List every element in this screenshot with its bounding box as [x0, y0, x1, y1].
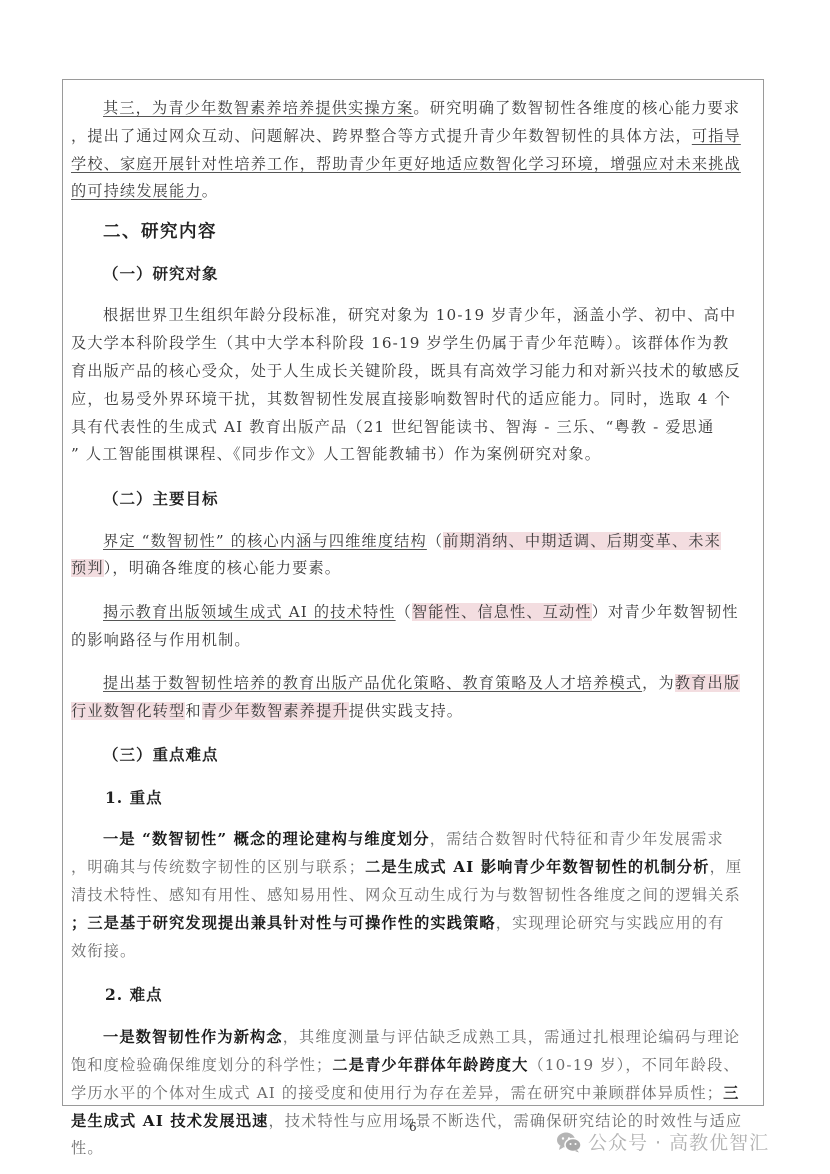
highlighted-text: 教育出版 [675, 674, 740, 692]
paragraph-qisan-line1: 其三，为青少年数智素养培养提供实操方案。研究明确了数智韧性各维度的核心能力要求 [103, 98, 740, 118]
watermark: 公众号 · 高教优智汇 [556, 1128, 769, 1155]
text: ，需结合数智时代特征和青少年发展需求 [430, 830, 724, 848]
key-line5: 效衔接。 [71, 941, 136, 961]
highlighted-text: 行业数智化转型 [71, 702, 185, 720]
paragraph-qisan-line2: ，提出了通过网众互动、问题解决、跨界整合等方式提升青少年数智韧性的具体方法，可指… [71, 126, 741, 146]
text: 效衔接。 [71, 942, 136, 960]
goal1-line1: 界定 “数智韧性” 的核心内涵与四维维度结构（前期消纳、中期适调、后期变革、未来 [103, 531, 721, 551]
diff-line2: 饱和度检验确保维度划分的科学性；二是青少年群体年龄跨度大（10-19 岁），不同… [71, 1055, 740, 1075]
paragraph-object-line6: ” 人工智能围棋课程、《同步作文》人工智能教辅书）作为案例研究对象。 [71, 444, 601, 464]
subsection-title-object: （一）研究对象 [103, 262, 219, 284]
highlighted-text: 预判 [71, 559, 104, 577]
text: ）对青少年数智韧性 [592, 603, 739, 621]
paragraph-object-line5: 具有代表性的生成式 AI 教育出版产品（21 世纪智能读书、智海 - 三乐、“粤… [71, 417, 714, 437]
paragraph-object-line4: 应，也易受外界环境干扰，其数智韧性发展直接影响数智时代的适应能力。同时，选取 4… [71, 389, 731, 409]
text: ，实现理论研究与实践应用的有 [496, 914, 725, 932]
wechat-icon [556, 1131, 582, 1153]
goal2-line2: 的影响路径与作用机制。 [71, 630, 251, 650]
text: ），明确各维度的核心能力要素。 [104, 559, 341, 577]
document-frame: 其三，为青少年数智素养培养提供实操方案。研究明确了数智韧性各维度的核心能力要求 … [62, 79, 764, 1106]
text: ，其维度测量与评估缺乏成熟工具，需通过扎根理论编码与理论 [283, 1028, 740, 1046]
text: （ [427, 532, 443, 550]
key-line3: 清技术特性、感知有用性、感知易用性、网众互动生成行为与数智韧性各维度之间的逻辑关… [71, 885, 741, 905]
bold-text: 一是数智韧性作为新构念 [103, 1028, 283, 1046]
text: 学历水平的个体对生成式 AI 的接受度和使用行为存在差异，需在研究中兼顾群体异质… [71, 1084, 723, 1102]
underlined-text: 提出基于数智韧性培养的教育出版产品优化策略、教育策略及人才培养模式 [103, 674, 642, 692]
underlined-text: 界定 “数智韧性” 的核心内涵与四维维度结构 [103, 532, 427, 550]
key-line1: 一是 “数智韧性” 概念的理论建构与维度划分，需结合数智时代特征和青少年发展需求 [103, 829, 724, 849]
highlighted-text: 前期消纳、中期适调、后期变革、未来 [443, 532, 721, 550]
bold-text: 二是生成式 AI 影响青少年数智韧性的机制分析 [365, 858, 709, 876]
highlighted-text: 智能性、信息性、互动性 [412, 603, 592, 621]
goal2-line1: 揭示教育出版领域生成式 AI 的技术特性（智能性、信息性、互动性）对青少年数智韧… [103, 602, 739, 622]
paragraph-object-line1: 根据世界卫生组织年龄分段标准，研究对象为 10-19 岁青少年，涵盖小学、初中、… [103, 305, 736, 325]
text: 提供实践支持。 [349, 702, 463, 720]
text: 性。 [71, 1139, 104, 1157]
text: ，提出了通过网众互动、问题解决、跨界整合等方式提升青少年数智韧性的具体方法， [71, 127, 692, 145]
text: 。 [202, 182, 218, 200]
subsection-title-key-difficult: （三）重点难点 [103, 743, 219, 765]
difficulties-title: 2. 难点 [105, 983, 163, 1005]
text: 和 [185, 702, 201, 720]
paragraph-qisan-line4: 的可持续发展能力。 [71, 181, 218, 201]
text: 饱和度检验确保维度划分的科学性； [71, 1056, 332, 1074]
diff-line5: 性。 [71, 1138, 104, 1158]
underlined-text: 可指导 [692, 127, 741, 145]
goal3-line2: 行业数智化转型和青少年数智素养提升提供实践支持。 [71, 701, 463, 721]
subsection-title-goals: （二）主要目标 [103, 487, 219, 509]
paragraph-qisan-line3: 学校、家庭开展针对性培养工作，帮助青少年更好地适应数智化学习环境，增强应对未来挑… [71, 154, 741, 174]
text: （10-19 岁），不同年龄段、 [528, 1056, 739, 1074]
key-points-title: 1. 重点 [105, 786, 163, 808]
text: （ [396, 603, 412, 621]
text: ，明确其与传统数字韧性的区别与联系； [71, 858, 365, 876]
paragraph-object-line2: 及大学本科阶段学生（其中大学本科阶段 16-19 岁学生仍属于青少年范畴）。该群… [71, 333, 729, 353]
underlined-text: 学校、家庭开展针对性培养工作，帮助青少年更好地适应数智化学习环境，增强应对未来挑… [71, 155, 741, 173]
paragraph-object-line3: 育出版产品的核心受众，处于人生成长关键阶段，既具有高效学习能力和对新兴技术的敏感… [71, 361, 741, 381]
text: 清技术特性、感知有用性、感知易用性、网众互动生成行为与数智韧性各维度之间的逻辑关… [71, 886, 741, 904]
bold-text: ；三是基于研究发现提出兼具针对性与可操作性的实践策略 [71, 914, 496, 932]
section-title: 二、研究内容 [103, 218, 217, 243]
key-line2: ，明确其与传统数字韧性的区别与联系；二是生成式 AI 影响青少年数智韧性的机制分… [71, 857, 742, 877]
underlined-text: 的可持续发展能力 [71, 182, 202, 200]
underlined-text: 其三，为青少年数智素养培养提供实操方案 [103, 99, 413, 117]
text: 。研究明确了数智韧性各维度的核心能力要求 [413, 99, 740, 117]
goal3-line1: 提出基于数智韧性培养的教育出版产品优化策略、教育策略及人才培养模式，为教育出版 [103, 673, 740, 693]
highlighted-text: 青少年数智素养提升 [202, 702, 349, 720]
text: ，为 [642, 674, 675, 692]
bold-text: 是生成式 AI 技术发展迅速 [71, 1112, 268, 1130]
underlined-text: 揭示教育出版领域生成式 AI 的技术特性 [103, 603, 396, 621]
page-number: 6 [409, 1120, 417, 1134]
bold-text: 三 [723, 1084, 739, 1102]
bold-text: 二是青少年群体年龄跨度大 [332, 1056, 528, 1074]
text: ，厘 [710, 858, 743, 876]
diff-line1: 一是数智韧性作为新构念，其维度测量与评估缺乏成熟工具，需通过扎根理论编码与理论 [103, 1027, 740, 1047]
goal1-line2: 预判），明确各维度的核心能力要素。 [71, 558, 341, 578]
diff-line3: 学历水平的个体对生成式 AI 的接受度和使用行为存在差异，需在研究中兼顾群体异质… [71, 1083, 739, 1103]
bold-text: 一是 “数智韧性” 概念的理论建构与维度划分 [103, 830, 430, 848]
watermark-text: 公众号 · 高教优智汇 [588, 1128, 769, 1155]
key-line4: ；三是基于研究发现提出兼具针对性与可操作性的实践策略，实现理论研究与实践应用的有 [71, 913, 725, 933]
